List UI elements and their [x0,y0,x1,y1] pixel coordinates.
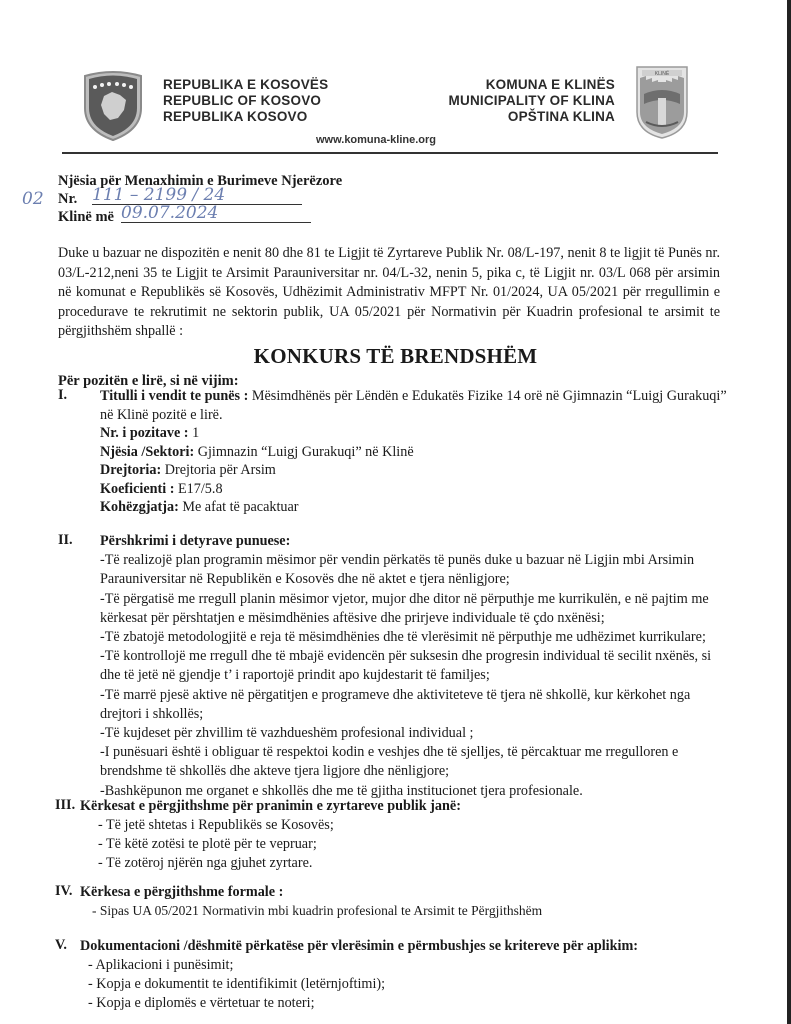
reference-number-label: Nr. [58,191,77,207]
field-coefficient: Koeficienti : E17/5.8 [100,480,730,499]
section-heading: Kërkesa e përgjithshme formale : [80,883,710,902]
field-job-title: Titulli i vendit te punës : Mësimdhënës … [100,387,730,424]
requirement-item: - Të zotëroj njërën nga gjuhet zyrtare. [80,854,710,873]
website-link[interactable]: www.komuna-kline.org [316,134,436,146]
duty-item: -Të kontrollojë me rregull dhe të mbajë … [100,647,730,685]
republic-name-sr: REPUBLIKA KOSOVO [163,109,328,125]
field-value: Me afat të pacaktuar [179,499,299,515]
duty-item: -Të zbatojë metodologjitë e reja të mësi… [100,628,730,647]
duty-item: -Të realizojë plan programin mësimor për… [100,551,730,589]
document-title: KONKURS TË BRENDSHËM [0,344,791,369]
document-item: - Kopja e diplomës e vërtetuar te noteri… [80,994,770,1013]
duty-item: -I punësuari është i obliguar të respekt… [100,743,730,781]
field-label: Drejtoria: [100,462,161,478]
field-label: Koeficienti : [100,481,174,497]
republic-name-sq: REPUBLIKA E KOSOVËS [163,77,328,93]
republic-name-en: REPUBLIC OF KOSOVO [163,93,328,109]
municipality-name-sq: KOMUNA E KLINËS [449,77,615,93]
duty-item: -Të marrë pjesë aktive në përgatitjen e … [100,686,730,724]
reference-date-label: Klinë më [58,209,114,225]
field-value: E17/5.8 [174,481,222,497]
field-label: Titulli i vendit te punës : [100,388,248,404]
section-number: V. [55,937,67,954]
reference-date-value: 09.07.2024 [121,204,311,223]
reference-date-line: Klinë më 09.07.2024 [58,208,342,226]
document-item: - Aplikacioni i punësimit; [80,956,770,975]
document-item: - Kopja e dokumentit te identifikimit (l… [80,975,770,994]
requirement-item: - Të jetë shtetas i Republikës se Kosovë… [80,816,710,835]
field-value: 1 [189,425,200,441]
section-heading: Kërkesat e përgjithshme për pranimin e z… [80,797,710,816]
section-number: III. [55,797,75,814]
letterhead: REPUBLIKA E KOSOVËS REPUBLIC OF KOSOVO R… [0,0,791,160]
section-heading: Dokumentacioni /dëshmitë përkatëse për v… [80,937,770,956]
municipality-name-en: MUNICIPALITY OF KLINA [449,93,615,109]
field-label: Kohëzgjatja: [100,499,179,515]
section-heading: Përshkrimi i detyrave punuese: [100,532,730,551]
requirement-item: - Sipas UA 05/2021 Normativin mbi kuadri… [80,902,710,921]
section-number: IV. [55,883,72,900]
section-number: I. [58,387,67,404]
field-label: Nr. i pozitave : [100,425,189,441]
field-value: Drejtoria për Arsim [161,462,276,478]
header-divider [62,152,718,154]
duty-item: -Të përgatisë me rregull planin mësimor … [100,590,730,628]
field-positions-count: Nr. i pozitave : 1 [100,424,730,443]
field-label: Njësia /Sektori: [100,444,194,460]
section-number: II. [58,532,73,549]
republic-name-block: REPUBLIKA E KOSOVËS REPUBLIC OF KOSOVO R… [163,77,328,125]
klina-crest-icon: KLINË [634,64,690,140]
reference-block: Njësia për Menaxhimin e Burimeve Njerëzo… [58,172,342,226]
requirement-item: - Të këtë zotësi te plotë për te vepruar… [80,835,710,854]
kosovo-coat-of-arms-icon [82,70,144,142]
field-unit: Njësia /Sektori: Gjimnazin “Luigj Guraku… [100,443,730,462]
legal-basis-paragraph: Duke u bazuar ne dispozitën e nenit 80 d… [58,244,720,342]
handwritten-margin-note: 02 [22,190,44,208]
municipality-name-sr: OPŠTINA KLINA [449,109,615,125]
svg-text:KLINË: KLINË [655,70,670,77]
field-value: Gjimnazin “Luigj Gurakuqi” në Klinë [194,444,413,460]
field-directorate: Drejtoria: Drejtoria për Arsim [100,461,730,480]
duty-item: -Të kujdeset për zhvillim të vazhdueshëm… [100,724,730,743]
field-duration: Kohëzgjatja: Me afat të pacaktuar [100,498,730,517]
municipality-name-block: KOMUNA E KLINËS MUNICIPALITY OF KLINA OP… [449,77,615,125]
